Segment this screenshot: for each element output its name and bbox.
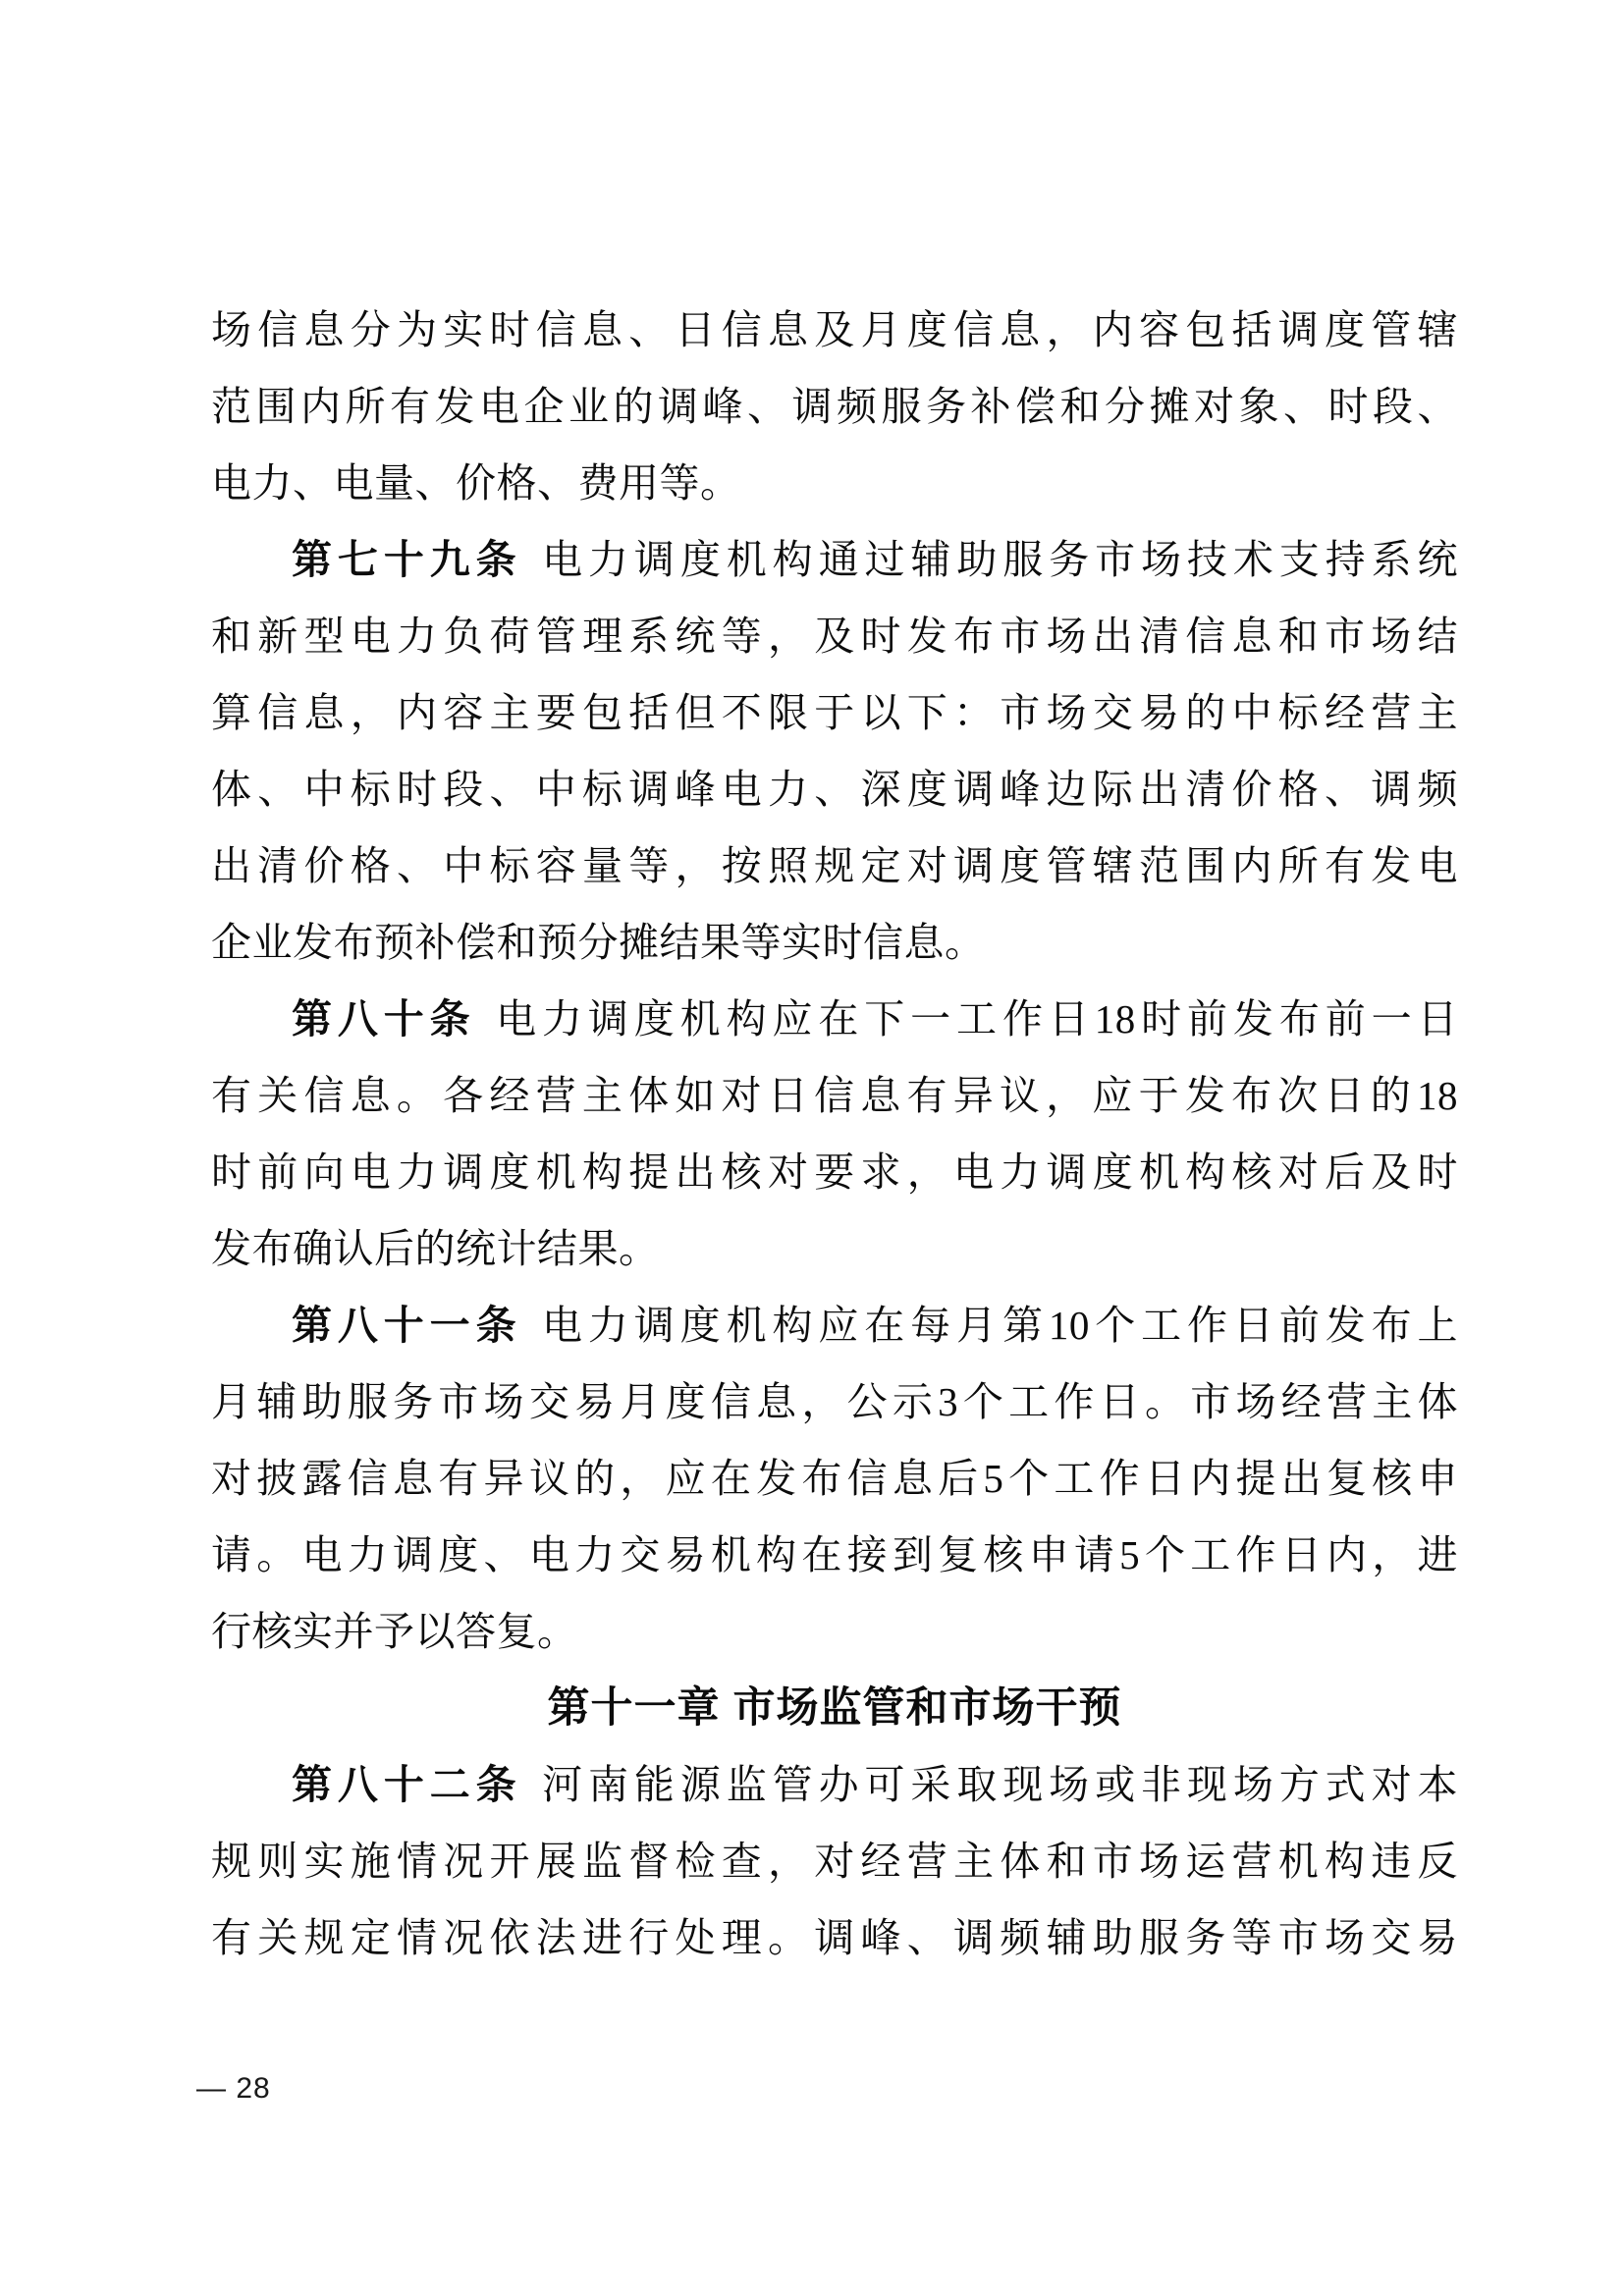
line-text: 出清价格、中标容量等，按照规定对调度管辖范围内所有发电: [211, 843, 1458, 888]
article-number: 第八十条: [292, 996, 476, 1041]
article-number: 第八十一条: [292, 1303, 521, 1348]
line-text: 范围内所有发电企业的调峰、调频服务补偿和分摊对象、时段、: [211, 384, 1458, 429]
line-text: 发布确认后的统计结果。: [211, 1226, 660, 1271]
line-text: 有关信息。各经营主体如对日信息有异议，应于发布次日的18: [211, 1073, 1458, 1118]
text-line: 出清价格、中标容量等，按照规定对调度管辖范围内所有发电: [211, 828, 1458, 904]
text-line: 请。电力调度、电力交易机构在接到复核申请5个工作日内，进: [211, 1517, 1458, 1593]
line-text: 时前向电力调度机构提出核对要求，电力调度机构核对后及时: [211, 1149, 1458, 1195]
text-line: 第八十条电力调度机构应在下一工作日18时前发布前一日: [211, 981, 1458, 1057]
article-number: 第八十二条: [292, 1762, 522, 1807]
page-number: — 28: [196, 2071, 271, 2107]
article-number: 第七十九条: [292, 537, 522, 582]
text-line: 第八十二条河南能源监管办可采取现场或非现场方式对本: [211, 1746, 1458, 1823]
line-text: 电力调度机构应在每月第10个工作日前发布上: [542, 1303, 1458, 1348]
text-line: 有关规定情况依法进行处理。调峰、调频辅助服务等市场交易: [211, 1899, 1458, 1976]
text-line: 第八十一条电力调度机构应在每月第10个工作日前发布上: [211, 1287, 1458, 1363]
line-text: 体、中标时段、中标调峰电力、深度调峰边际出清价格、调频: [211, 767, 1458, 812]
text-line: 电力、电量、价格、费用等。: [211, 445, 1458, 521]
line-text: 对披露信息有异议的，应在发布信息后5个工作日内提出复核申: [211, 1456, 1458, 1501]
line-text: 场信息分为实时信息、日信息及月度信息，内容包括调度管辖: [211, 307, 1458, 352]
line-text: 请。电力调度、电力交易机构在接到复核申请5个工作日内，进: [211, 1532, 1458, 1577]
text-line: 第七十九条电力调度机构通过辅助服务市场技术支持系统: [211, 521, 1458, 598]
line-text: 电力调度机构应在下一工作日18时前发布前一日: [496, 996, 1458, 1041]
line-text: 和新型电力负荷管理系统等，及时发布市场出清信息和市场结: [211, 614, 1458, 659]
text-block: 场信息分为实时信息、日信息及月度信息，内容包括调度管辖 范围内所有发电企业的调峰…: [211, 292, 1458, 1976]
text-line: 和新型电力负荷管理系统等，及时发布市场出清信息和市场结: [211, 598, 1458, 674]
text-line: 月辅助服务市场交易月度信息，公示3个工作日。市场经营主体: [211, 1363, 1458, 1440]
text-line: 企业发布预补偿和预分摊结果等实时信息。: [211, 904, 1458, 981]
text-line: 范围内所有发电企业的调峰、调频服务补偿和分摊对象、时段、: [211, 368, 1458, 445]
line-text: 企业发布预补偿和预分摊结果等实时信息。: [211, 920, 986, 965]
text-line: 行核实并予以答复。: [211, 1593, 1458, 1670]
line-text: 有关规定情况依法进行处理。调峰、调频辅助服务等市场交易: [211, 1915, 1458, 1960]
line-text: 算信息，内容主要包括但不限于以下：市场交易的中标经营主: [211, 690, 1458, 735]
line-text: 月辅助服务市场交易月度信息，公示3个工作日。市场经营主体: [211, 1379, 1458, 1424]
text-line: 场信息分为实时信息、日信息及月度信息，内容包括调度管辖: [211, 292, 1458, 368]
chapter-heading: 第十一章 市场监管和市场干预: [211, 1670, 1458, 1746]
line-text: 行核实并予以答复。: [211, 1609, 578, 1654]
text-line: 发布确认后的统计结果。: [211, 1210, 1458, 1287]
line-text: 规则实施情况开展监督检查，对经营主体和市场运营机构违反: [211, 1839, 1458, 1884]
line-text: 电力调度机构通过辅助服务市场技术支持系统: [542, 537, 1458, 582]
text-line: 规则实施情况开展监督检查，对经营主体和市场运营机构违反: [211, 1823, 1458, 1899]
text-line: 体、中标时段、中标调峰电力、深度调峰边际出清价格、调频: [211, 751, 1458, 828]
text-line: 算信息，内容主要包括但不限于以下：市场交易的中标经营主: [211, 674, 1458, 751]
line-text: 电力、电量、价格、费用等。: [211, 460, 741, 506]
document-page: 场信息分为实时信息、日信息及月度信息，内容包括调度管辖 范围内所有发电企业的调峰…: [0, 0, 1624, 2296]
text-line: 有关信息。各经营主体如对日信息有异议，应于发布次日的18: [211, 1057, 1458, 1134]
line-text: 河南能源监管办可采取现场或非现场方式对本: [542, 1762, 1458, 1807]
text-line: 对披露信息有异议的，应在发布信息后5个工作日内提出复核申: [211, 1440, 1458, 1517]
text-line: 时前向电力调度机构提出核对要求，电力调度机构核对后及时: [211, 1134, 1458, 1210]
chapter-heading-text: 第十一章 市场监管和市场干预: [548, 1684, 1122, 1732]
